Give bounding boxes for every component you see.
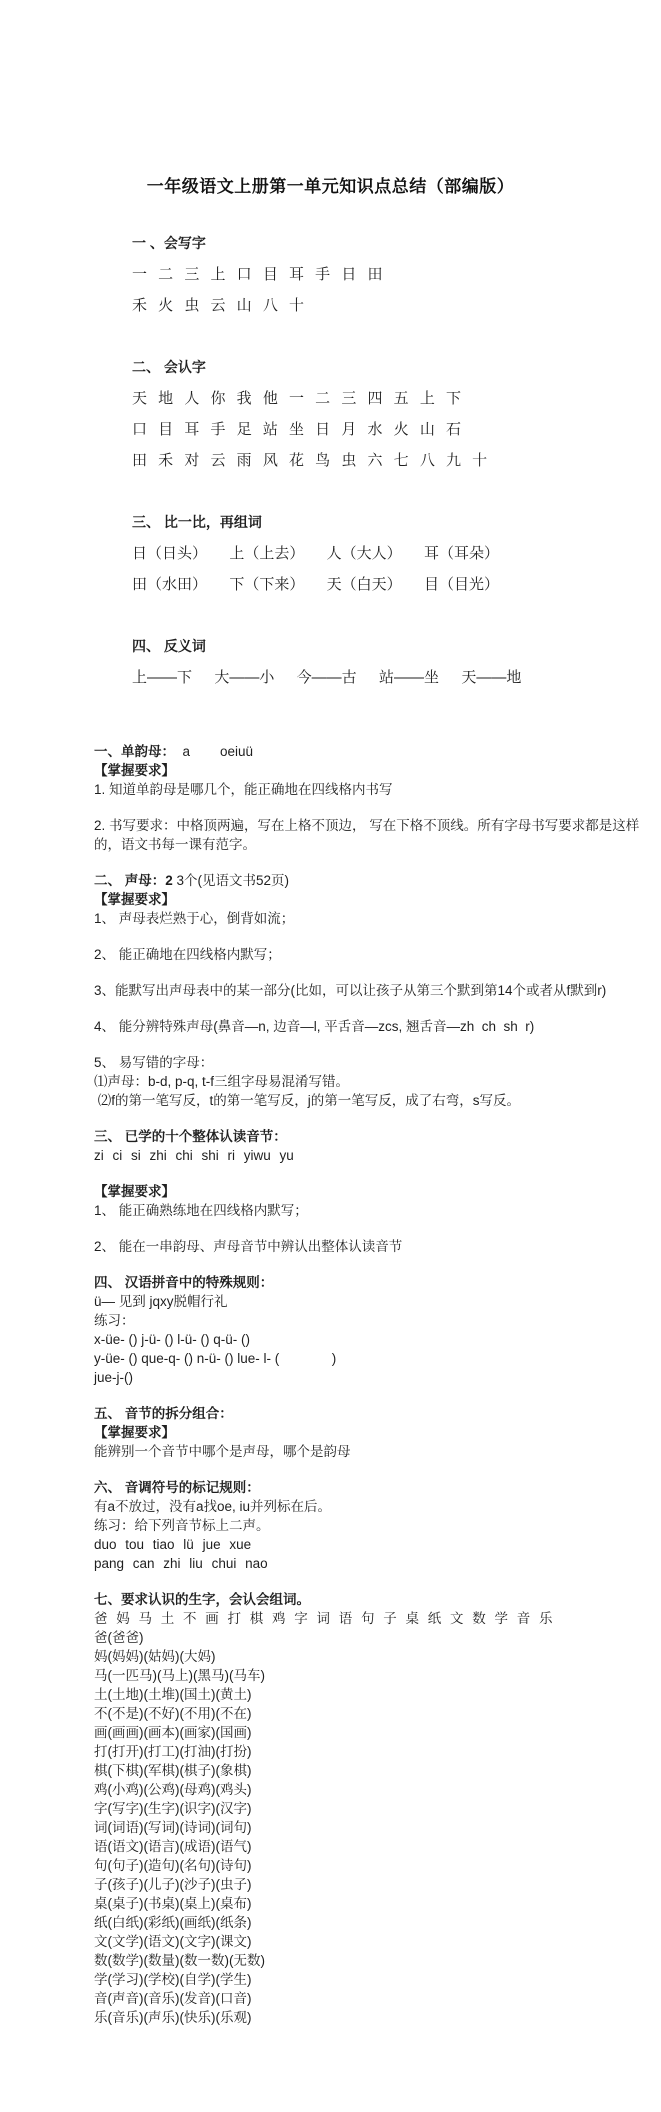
text-line: ⑴声母：b-d, p-q, t-f三组字母易混淆写错。 xyxy=(94,1072,642,1091)
text-line: 4、 能分辨特殊声母(鼻音—n, 边音—l, 平舌音—zcs, 翘舌音—zh c… xyxy=(94,1017,642,1036)
text-line: 爸(爸爸) xyxy=(94,1628,642,1647)
line-text: 田 禾 对 云 雨 风 花 鸟 虫 六 七 八 九 十 xyxy=(132,452,487,469)
text-line: 1、 能正确熟练地在四线格内默写； xyxy=(94,1201,642,1220)
character-rows: 天 地 人 你 我 他 一 二 三 四 五 上 下口 目 耳 手 足 站 坐 日… xyxy=(132,390,661,469)
line-text: 桌(桌子)(书桌)(桌上)(桌布) xyxy=(94,1896,251,1911)
line-text: ü— 见到 jqxy脱帽行礼 xyxy=(94,1294,228,1309)
line-text: 日（日头） 上（上去） 人（大人） 耳（耳朵） xyxy=(132,545,499,562)
line-text: 画(画画)(画本)(画家)(国画) xyxy=(94,1725,251,1740)
text-line: 2、 能正确地在四线格内默写； xyxy=(94,945,642,964)
text-line: 子(孩子)(儿子)(沙子)(虫子) xyxy=(94,1875,642,1894)
section-heading: 【掌握要求】 xyxy=(94,761,642,780)
line-text: 乐(音乐)(声乐)(快乐)(乐观) xyxy=(94,2010,251,2025)
line-text: 马(一匹马)(马上)(黑马)(马车) xyxy=(94,1668,265,1683)
section-heading: 四、 汉语拼音中的特殊规则： xyxy=(94,1273,642,1292)
line-text: 3个(见语文书52页) xyxy=(173,873,289,888)
character-rows: 一 二 三 上 口 目 耳 手 日 田禾 火 虫 云 山 八 十 xyxy=(132,266,661,314)
line-text: 爸 妈 马 土 不 画 打 棋 鸡 字 词 语 句 子 桌 纸 文 数 学 音 … xyxy=(94,1611,553,1626)
text-line: 5、 易写错的字母： xyxy=(94,1053,642,1072)
text-line: 2、 能在一串韵母、声母音节中辨认出整体认读音节 xyxy=(94,1237,642,1256)
section-heading: 七、要求认识的生字，会认会组词。 xyxy=(94,1590,642,1609)
text-line: 土(土地)(土堆)(国土)(黄土) xyxy=(94,1685,642,1704)
line-text: 棋(下棋)(军棋)(棋子)(象棋) xyxy=(94,1763,251,1778)
line-text: jue-j-() xyxy=(94,1370,133,1385)
section-heading: 三、 比一比，再组词 xyxy=(132,514,661,531)
line-text: duo tou tiao lü jue xue xyxy=(94,1537,251,1552)
line-text: 练习： xyxy=(94,1313,135,1328)
line-text: 不(不是)(不好)(不用)(不在) xyxy=(94,1706,251,1721)
section-huirenzi: 二、 会认字 天 地 人 你 我 他 一 二 三 四 五 上 下口 目 耳 手 … xyxy=(132,359,661,469)
line-text: 练习：给下列音节标上二声。 xyxy=(94,1518,270,1533)
text-line: 1、 声母表烂熟于心，倒背如流； xyxy=(94,909,642,928)
text-line: 2. 书写要求：中格顶两遍，写在上格不顶边， 写在下格不顶线。所有字母书写要求都… xyxy=(94,816,642,854)
text-line: 能辨别一个音节中哪个是声母，哪个是韵母 xyxy=(94,1442,642,1461)
text-line: ⑵f的第一笔写反，t的第一笔写反，j的第一笔写反，成了右弯，s写反。 xyxy=(94,1091,642,1110)
text-line: x-üe- () j-ü- () l-ü- () q-ü- () xyxy=(94,1330,642,1349)
line-text: pang can zhi liu chui nao xyxy=(94,1556,268,1571)
section-heading: 二、 声母：2 3个(见语文书52页) xyxy=(94,871,642,890)
line-text: 句(句子)(造句)(名句)(诗句) xyxy=(94,1858,251,1873)
line-text: 上——下 大——小 今——古 站——坐 天——地 xyxy=(132,669,521,686)
text-line: 音(声音)(音乐)(发音)(口音) xyxy=(94,1989,642,2008)
antonym-rows: 上——下 大——小 今——古 站——坐 天——地 xyxy=(132,669,661,686)
text-line: 日（日头） 上（上去） 人（大人） 耳（耳朵） xyxy=(132,545,661,562)
section-heading: 六、 音调符号的标记规则： xyxy=(94,1478,642,1497)
heading-label: 【掌握要求】 xyxy=(94,1184,175,1199)
line-text: 5、 易写错的字母： xyxy=(94,1055,213,1070)
line-text: 1. 知道单韵母是哪几个，能正确地在四线格内书写 xyxy=(94,782,393,797)
section-heading: 【掌握要求】 xyxy=(94,1182,642,1201)
text-line: 学(学习)(学校)(自学)(学生) xyxy=(94,1970,642,1989)
line-text: 2、 能正确地在四线格内默写； xyxy=(94,947,281,962)
line-text: 土(土地)(土堆)(国土)(黄土) xyxy=(94,1687,251,1702)
text-line: 不(不是)(不好)(不用)(不在) xyxy=(94,1704,642,1723)
line-text: 学(学习)(学校)(自学)(学生) xyxy=(94,1972,251,1987)
line-text: 字(写字)(生字)(识字)(汉字) xyxy=(94,1801,251,1816)
line-text: zi ci si zhi chi shi ri yiwu yu xyxy=(94,1148,294,1163)
document-title: 一年级语文上册第一单元知识点总结（部编版） xyxy=(0,0,661,197)
line-text: 4、 能分辨特殊声母(鼻音—n, 边音—l, 平舌音—zcs, 翘舌音—zh c… xyxy=(94,1019,534,1034)
text-line: 语(语文)(语言)(成语)(语气) xyxy=(94,1837,642,1856)
line-text: 田（水田） 下（下来） 天（白天） 目（目光） xyxy=(132,576,499,593)
section-heading: 四、 反义词 xyxy=(132,638,661,655)
section-heading: 三、 已学的十个整体认读音节： xyxy=(94,1127,642,1146)
text-line: 有a不放过，没有a找oe, iu并列标在后。 xyxy=(94,1497,642,1516)
line-text: ⑴声母：b-d, p-q, t-f三组字母易混淆写错。 xyxy=(94,1074,349,1089)
line-text: 口 目 耳 手 足 站 坐 日 月 水 火 山 石 xyxy=(132,421,461,438)
line-text: 爸(爸爸) xyxy=(94,1630,144,1645)
line-text: 2. 书写要求：中格顶两遍，写在上格不顶边， 写在下格不顶线。所有字母书写要求都… xyxy=(94,818,639,852)
text-line: 字(写字)(生字)(识字)(汉字) xyxy=(94,1799,642,1818)
line-text: 文(文学)(语文)(文字)(课文) xyxy=(94,1934,251,1949)
line-text: ⑵f的第一笔写反，t的第一笔写反，j的第一笔写反，成了右弯，s写反。 xyxy=(94,1093,520,1108)
line-text: 有a不放过，没有a找oe, iu并列标在后。 xyxy=(94,1499,331,1514)
text-line: 练习：给下列音节标上二声。 xyxy=(94,1516,642,1535)
text-line: 1. 知道单韵母是哪几个，能正确地在四线格内书写 xyxy=(94,780,642,799)
line-text: a oeiuü xyxy=(175,744,253,759)
line-text: 数(数学)(数量)(数一数)(无数) xyxy=(94,1953,265,1968)
text-line: 词(词语)(写词)(诗词)(词句) xyxy=(94,1818,642,1837)
text-line: 口 目 耳 手 足 站 坐 日 月 水 火 山 石 xyxy=(132,421,661,438)
section-heading: 一、单韵母： a oeiuü xyxy=(94,742,642,761)
text-line: 田 禾 对 云 雨 风 花 鸟 虫 六 七 八 九 十 xyxy=(132,452,661,469)
line-text: 纸(白纸)(彩纸)(画纸)(纸条) xyxy=(94,1915,251,1930)
text-line: 禾 火 虫 云 山 八 十 xyxy=(132,297,661,314)
text-line: 乐(音乐)(声乐)(快乐)(乐观) xyxy=(94,2008,642,2027)
character-knowledge-part: 一 、会写字 一 二 三 上 口 目 耳 手 日 田禾 火 虫 云 山 八 十 … xyxy=(132,235,661,686)
section-heading: 五、 音节的拆分组合： xyxy=(94,1404,642,1423)
line-text: 一 二 三 上 口 目 耳 手 日 田 xyxy=(132,266,383,283)
text-line: 一 二 三 上 口 目 耳 手 日 田 xyxy=(132,266,661,283)
text-line: zi ci si zhi chi shi ri yiwu yu xyxy=(94,1146,642,1165)
line-text: 语(语文)(语言)(成语)(语气) xyxy=(94,1839,251,1854)
text-line: 桌(桌子)(书桌)(桌上)(桌布) xyxy=(94,1894,642,1913)
text-line: 马(一匹马)(马上)(黑马)(马车) xyxy=(94,1666,642,1685)
text-line: 天 地 人 你 我 他 一 二 三 四 五 上 下 xyxy=(132,390,661,407)
pinyin-knowledge-part: 一、单韵母： a oeiuü【掌握要求】1. 知道单韵母是哪几个，能正确地在四线… xyxy=(94,742,642,2027)
line-text: 妈(妈妈)(姑妈)(大妈) xyxy=(94,1649,215,1664)
text-line: 妈(妈妈)(姑妈)(大妈) xyxy=(94,1647,642,1666)
section-biyibi-zuci: 三、 比一比，再组词 日（日头） 上（上去） 人（大人） 耳（耳朵）田（水田） … xyxy=(132,514,661,593)
line-text: 2、 能在一串韵母、声母音节中辨认出整体认读音节 xyxy=(94,1239,402,1254)
section-heading: 【掌握要求】 xyxy=(94,1423,642,1442)
section-huixiezi: 一 、会写字 一 二 三 上 口 目 耳 手 日 田禾 火 虫 云 山 八 十 xyxy=(132,235,661,314)
line-text: 3、能默写出声母表中的某一部分(比如，可以让孩子从第三个默到第14个或者从f默到… xyxy=(94,983,606,998)
line-text: 词(词语)(写词)(诗词)(词句) xyxy=(94,1820,251,1835)
text-line: ü— 见到 jqxy脱帽行礼 xyxy=(94,1292,642,1311)
heading-label: 一、单韵母： xyxy=(94,744,175,759)
text-line: pang can zhi liu chui nao xyxy=(94,1554,642,1573)
section-heading: 二、 会认字 xyxy=(132,359,661,376)
line-text: 天 地 人 你 我 他 一 二 三 四 五 上 下 xyxy=(132,390,461,407)
line-text: 1、 能正确熟练地在四线格内默写； xyxy=(94,1203,308,1218)
document-page: 一年级语文上册第一单元知识点总结（部编版） 一 、会写字 一 二 三 上 口 目… xyxy=(0,0,661,2112)
text-line: 打(打开)(打工)(打油)(打扮) xyxy=(94,1742,642,1761)
line-text: 能辨别一个音节中哪个是声母，哪个是韵母 xyxy=(94,1444,351,1459)
text-line: y-üe- () que-q- () n-ü- () lue- l- ( ) xyxy=(94,1349,642,1368)
heading-label: 六、 音调符号的标记规则： xyxy=(94,1480,260,1495)
line-text: 禾 火 虫 云 山 八 十 xyxy=(132,297,304,314)
heading-label: 三、 已学的十个整体认读音节： xyxy=(94,1129,287,1144)
text-line: 3、能默写出声母表中的某一部分(比如，可以让孩子从第三个默到第14个或者从f默到… xyxy=(94,981,642,1000)
text-line: 田（水田） 下（下来） 天（白天） 目（目光） xyxy=(132,576,661,593)
heading-label: 四、 汉语拼音中的特殊规则： xyxy=(94,1275,273,1290)
line-text: x-üe- () j-ü- () l-ü- () q-ü- () xyxy=(94,1332,250,1347)
word-compare-rows: 日（日头） 上（上去） 人（大人） 耳（耳朵）田（水田） 下（下来） 天（白天）… xyxy=(132,545,661,593)
line-text: 1、 声母表烂熟于心，倒背如流； xyxy=(94,911,294,926)
text-line: 棋(下棋)(军棋)(棋子)(象棋) xyxy=(94,1761,642,1780)
heading-label: 七、要求认识的生字，会认会组词。 xyxy=(94,1592,310,1607)
heading-label: 【掌握要求】 xyxy=(94,892,175,907)
line-text: 鸡(小鸡)(公鸡)(母鸡)(鸡头) xyxy=(94,1782,251,1797)
heading-label: 【掌握要求】 xyxy=(94,1425,175,1440)
text-line: 爸 妈 马 土 不 画 打 棋 鸡 字 词 语 句 子 桌 纸 文 数 学 音 … xyxy=(94,1609,642,1628)
line-text: 子(孩子)(儿子)(沙子)(虫子) xyxy=(94,1877,251,1892)
text-line: 句(句子)(造句)(名句)(诗句) xyxy=(94,1856,642,1875)
section-heading: 一 、会写字 xyxy=(132,235,661,252)
text-line: jue-j-() xyxy=(94,1368,642,1387)
line-text: 音(声音)(音乐)(发音)(口音) xyxy=(94,1991,251,2006)
text-line: duo tou tiao lü jue xue xyxy=(94,1535,642,1554)
text-line: 上——下 大——小 今——古 站——坐 天——地 xyxy=(132,669,661,686)
heading-label: 二、 声母：2 xyxy=(94,873,173,888)
heading-label: 五、 音节的拆分组合： xyxy=(94,1406,233,1421)
section-heading: 【掌握要求】 xyxy=(94,890,642,909)
heading-label: 【掌握要求】 xyxy=(94,763,175,778)
text-line: 练习： xyxy=(94,1311,642,1330)
text-line: 文(文学)(语文)(文字)(课文) xyxy=(94,1932,642,1951)
text-line: 纸(白纸)(彩纸)(画纸)(纸条) xyxy=(94,1913,642,1932)
line-text: y-üe- () que-q- () n-ü- () lue- l- ( ) xyxy=(94,1351,336,1366)
text-line: 画(画画)(画本)(画家)(国画) xyxy=(94,1723,642,1742)
line-text: 打(打开)(打工)(打油)(打扮) xyxy=(94,1744,251,1759)
text-line: 鸡(小鸡)(公鸡)(母鸡)(鸡头) xyxy=(94,1780,642,1799)
section-fanyici: 四、 反义词 上——下 大——小 今——古 站——坐 天——地 xyxy=(132,638,661,686)
text-line: 数(数学)(数量)(数一数)(无数) xyxy=(94,1951,642,1970)
